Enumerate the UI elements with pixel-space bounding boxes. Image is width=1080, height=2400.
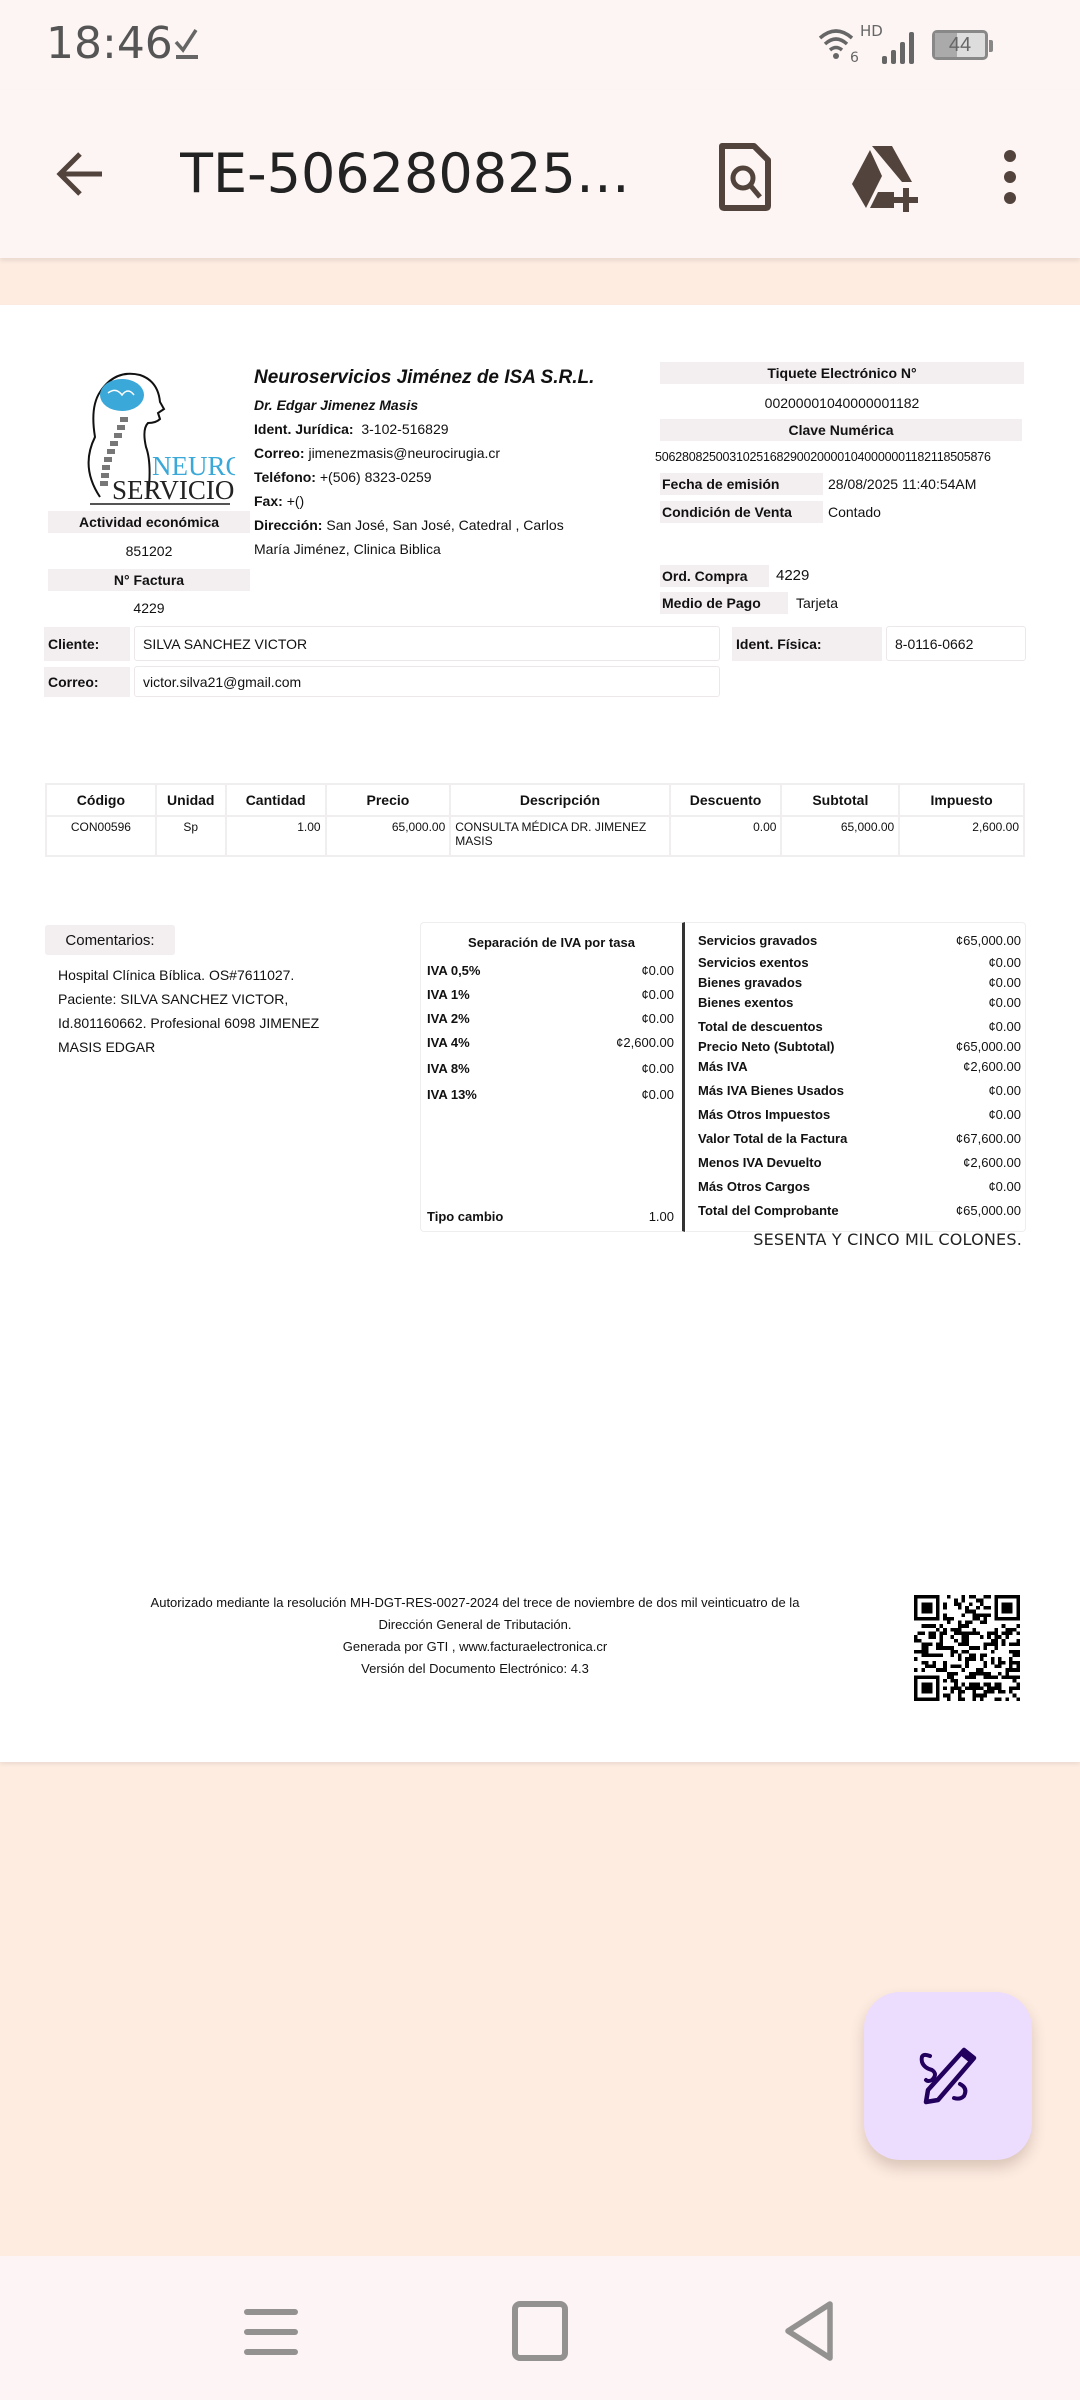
totals-row: Servicios exentos¢0.00 bbox=[698, 955, 1021, 970]
table-row: CON00596Sp1.0065,000.00CONSULTA MÉDICA D… bbox=[46, 816, 1024, 856]
totals-row: Precio Neto (Subtotal)¢65,000.00 bbox=[698, 1039, 1021, 1054]
totals-row: Más Otros Impuestos¢0.00 bbox=[698, 1107, 1021, 1122]
table-cell: 0.00 bbox=[670, 816, 782, 856]
sale-condition-label: Condición de Venta bbox=[660, 501, 823, 523]
download-done-icon bbox=[172, 26, 202, 62]
document-title: TE-50628082500... bbox=[180, 142, 660, 205]
battery-icon: 44 bbox=[932, 30, 988, 60]
iva-breakdown-panel: Separación de IVA por tasa IVA 0,5%¢0.00… bbox=[420, 922, 685, 1232]
table-cell: Sp bbox=[156, 816, 226, 856]
totals-row: Más IVA Bienes Usados¢0.00 bbox=[698, 1083, 1021, 1098]
iva-rate-row: IVA 1%¢0.00 bbox=[427, 987, 674, 1002]
comment-line: Id.801160662. Profesional 6098 JIMENEZ bbox=[58, 1011, 348, 1035]
comments-label: Comentarios: bbox=[45, 925, 175, 955]
payment-method-value: Tarjeta bbox=[796, 595, 838, 611]
items-table: CódigoUnidadCantidadPrecioDescripciónDes… bbox=[45, 783, 1025, 857]
totals-row: Valor Total de la Factura¢67,600.00 bbox=[698, 1131, 1021, 1146]
iva-rate-row: IVA 0,5%¢0.00 bbox=[427, 963, 674, 978]
app-bar: TE-50628082500... bbox=[0, 90, 1080, 258]
totals-panel: Servicios gravados¢65,000.00Servicios ex… bbox=[686, 922, 1026, 1232]
footer-line: Generada por GTI , www.facturaelectronic… bbox=[120, 1636, 830, 1658]
invoice-number-value: 4229 bbox=[48, 600, 250, 616]
column-header: Unidad bbox=[156, 784, 226, 816]
activity-label: Actividad económica bbox=[48, 511, 250, 533]
status-time: 18:46 bbox=[46, 18, 173, 69]
client-name-field: SILVA SANCHEZ VICTOR bbox=[134, 626, 720, 661]
issuer-email: Correo: jimenezmasis@neurocirugia.cr bbox=[254, 445, 500, 461]
iva-rate-row: IVA 4%¢2,600.00 bbox=[427, 1035, 674, 1050]
signal-icon bbox=[880, 30, 920, 66]
iva-breakdown-title: Separación de IVA por tasa bbox=[421, 935, 682, 950]
column-header: Descripción bbox=[450, 784, 669, 816]
invoice-page: NEURO SERVICIOS Actividad económica 8512… bbox=[0, 305, 1080, 1762]
totals-row: Más IVA¢2,600.00 bbox=[698, 1059, 1021, 1074]
client-label: Cliente: bbox=[44, 627, 130, 661]
numeric-key-value: 5062808250031025168290020000104000000118… bbox=[655, 450, 1027, 464]
status-bar: 18:46 6 HD 44 bbox=[0, 0, 1080, 90]
iva-rate-row: IVA 13%¢0.00 bbox=[427, 1087, 674, 1102]
arrow-back-icon[interactable] bbox=[50, 144, 110, 204]
document-search-icon[interactable] bbox=[710, 142, 780, 212]
payment-method-label: Medio de Pago bbox=[660, 592, 788, 614]
issuer-phone: Teléfono: +(506) 8323-0259 bbox=[254, 469, 432, 485]
table-cell: 1.00 bbox=[226, 816, 326, 856]
footer-line: Dirección General de Tributación. bbox=[120, 1614, 830, 1636]
sale-condition-value: Contado bbox=[828, 504, 881, 520]
table-cell: CON00596 bbox=[46, 816, 156, 856]
totals-row: Más Otros Cargos¢0.00 bbox=[698, 1179, 1021, 1194]
qr-code bbox=[914, 1595, 1020, 1701]
column-header: Impuesto bbox=[899, 784, 1024, 816]
purchase-order-value: 4229 bbox=[776, 567, 809, 584]
more-vertical-icon[interactable] bbox=[985, 142, 1035, 212]
totals-row: Total del Comprobante¢65,000.00 bbox=[698, 1203, 1021, 1218]
issuer-legal-id: Ident. Jurídica: 3-102-516829 bbox=[254, 421, 449, 437]
issuer-address-line2: María Jiménez, Clinica Biblica bbox=[254, 541, 441, 557]
annotate-pen-icon bbox=[916, 2044, 980, 2108]
home-icon[interactable] bbox=[505, 2296, 575, 2366]
drive-add-icon[interactable] bbox=[850, 142, 920, 212]
column-header: Subtotal bbox=[781, 784, 899, 816]
column-header: Código bbox=[46, 784, 156, 816]
table-cell: CONSULTA MÉDICA DR. JIMENEZ MASIS bbox=[450, 816, 669, 856]
client-email-label: Correo: bbox=[44, 667, 130, 697]
table-cell: 65,000.00 bbox=[781, 816, 899, 856]
column-header: Descuento bbox=[670, 784, 782, 816]
wifi-icon: 6 bbox=[818, 24, 862, 64]
invoice-number-label: N° Factura bbox=[48, 569, 250, 591]
comment-line: Paciente: SILVA SANCHEZ VICTOR, bbox=[58, 987, 348, 1011]
comment-line: MASIS EDGAR bbox=[58, 1035, 348, 1059]
ticket-number: 00200001040000001182 bbox=[660, 395, 1024, 411]
purchase-order-label: Ord. Compra bbox=[660, 565, 769, 587]
activity-value: 851202 bbox=[48, 543, 250, 559]
totals-row: Servicios gravados¢65,000.00 bbox=[698, 933, 1021, 948]
svg-text:6: 6 bbox=[850, 50, 859, 64]
footer-line: Autorizado mediante la resolución MH-DGT… bbox=[120, 1592, 830, 1614]
totals-row: Menos IVA Devuelto¢2,600.00 bbox=[698, 1155, 1021, 1170]
iva-rate-row: IVA 8%¢0.00 bbox=[427, 1061, 674, 1076]
legal-footer: Autorizado mediante la resolución MH-DGT… bbox=[120, 1592, 830, 1680]
issuer-fax: Fax: +() bbox=[254, 493, 304, 509]
column-header: Cantidad bbox=[226, 784, 326, 816]
system-nav-bar bbox=[0, 2256, 1080, 2400]
client-email-field: victor.silva21@gmail.com bbox=[134, 666, 720, 697]
client-id-label: Ident. Física: bbox=[732, 627, 882, 661]
svg-text:SERVICIOS: SERVICIOS bbox=[112, 475, 235, 505]
exchange-rate-row: Tipo cambio 1.00 bbox=[427, 1209, 674, 1224]
company-name: Neuroservicios Jiménez de ISA S.R.L. bbox=[254, 367, 594, 389]
back-nav-icon[interactable] bbox=[774, 2296, 844, 2366]
issue-date-label: Fecha de emisión bbox=[660, 473, 823, 495]
doctor-name: Dr. Edgar Jimenez Masis bbox=[254, 397, 418, 413]
table-cell: 65,000.00 bbox=[326, 816, 451, 856]
issuer-address: Dirección: San José, San José, Catedral … bbox=[254, 517, 564, 533]
numeric-key-label: Clave Numérica bbox=[660, 419, 1022, 441]
amount-in-words: SESENTA Y CINCO MIL COLONES. bbox=[753, 1230, 1022, 1249]
client-id-field: 8-0116-0662 bbox=[886, 626, 1026, 661]
annotate-button[interactable] bbox=[864, 1992, 1032, 2160]
totals-row: Total de descuentos¢0.00 bbox=[698, 1019, 1021, 1034]
iva-rate-row: IVA 2%¢0.00 bbox=[427, 1011, 674, 1026]
ticket-label: Tiquete Electrónico N° bbox=[660, 362, 1024, 384]
recents-icon[interactable] bbox=[236, 2296, 306, 2366]
neuroservicios-logo: NEURO SERVICIOS bbox=[60, 367, 235, 507]
column-header: Precio bbox=[326, 784, 451, 816]
issue-date-value: 28/08/2025 11:40:54AM bbox=[828, 476, 976, 492]
totals-row: Bienes gravados¢0.00 bbox=[698, 975, 1021, 990]
table-cell: 2,600.00 bbox=[899, 816, 1024, 856]
totals-row: Bienes exentos¢0.00 bbox=[698, 995, 1021, 1010]
comment-line: Hospital Clínica Bíblica. OS#7611027. bbox=[58, 963, 348, 987]
comments-text: Hospital Clínica Bíblica. OS#7611027.Pac… bbox=[58, 963, 348, 1059]
footer-line: Versión del Documento Electrónico: 4.3 bbox=[120, 1658, 830, 1680]
